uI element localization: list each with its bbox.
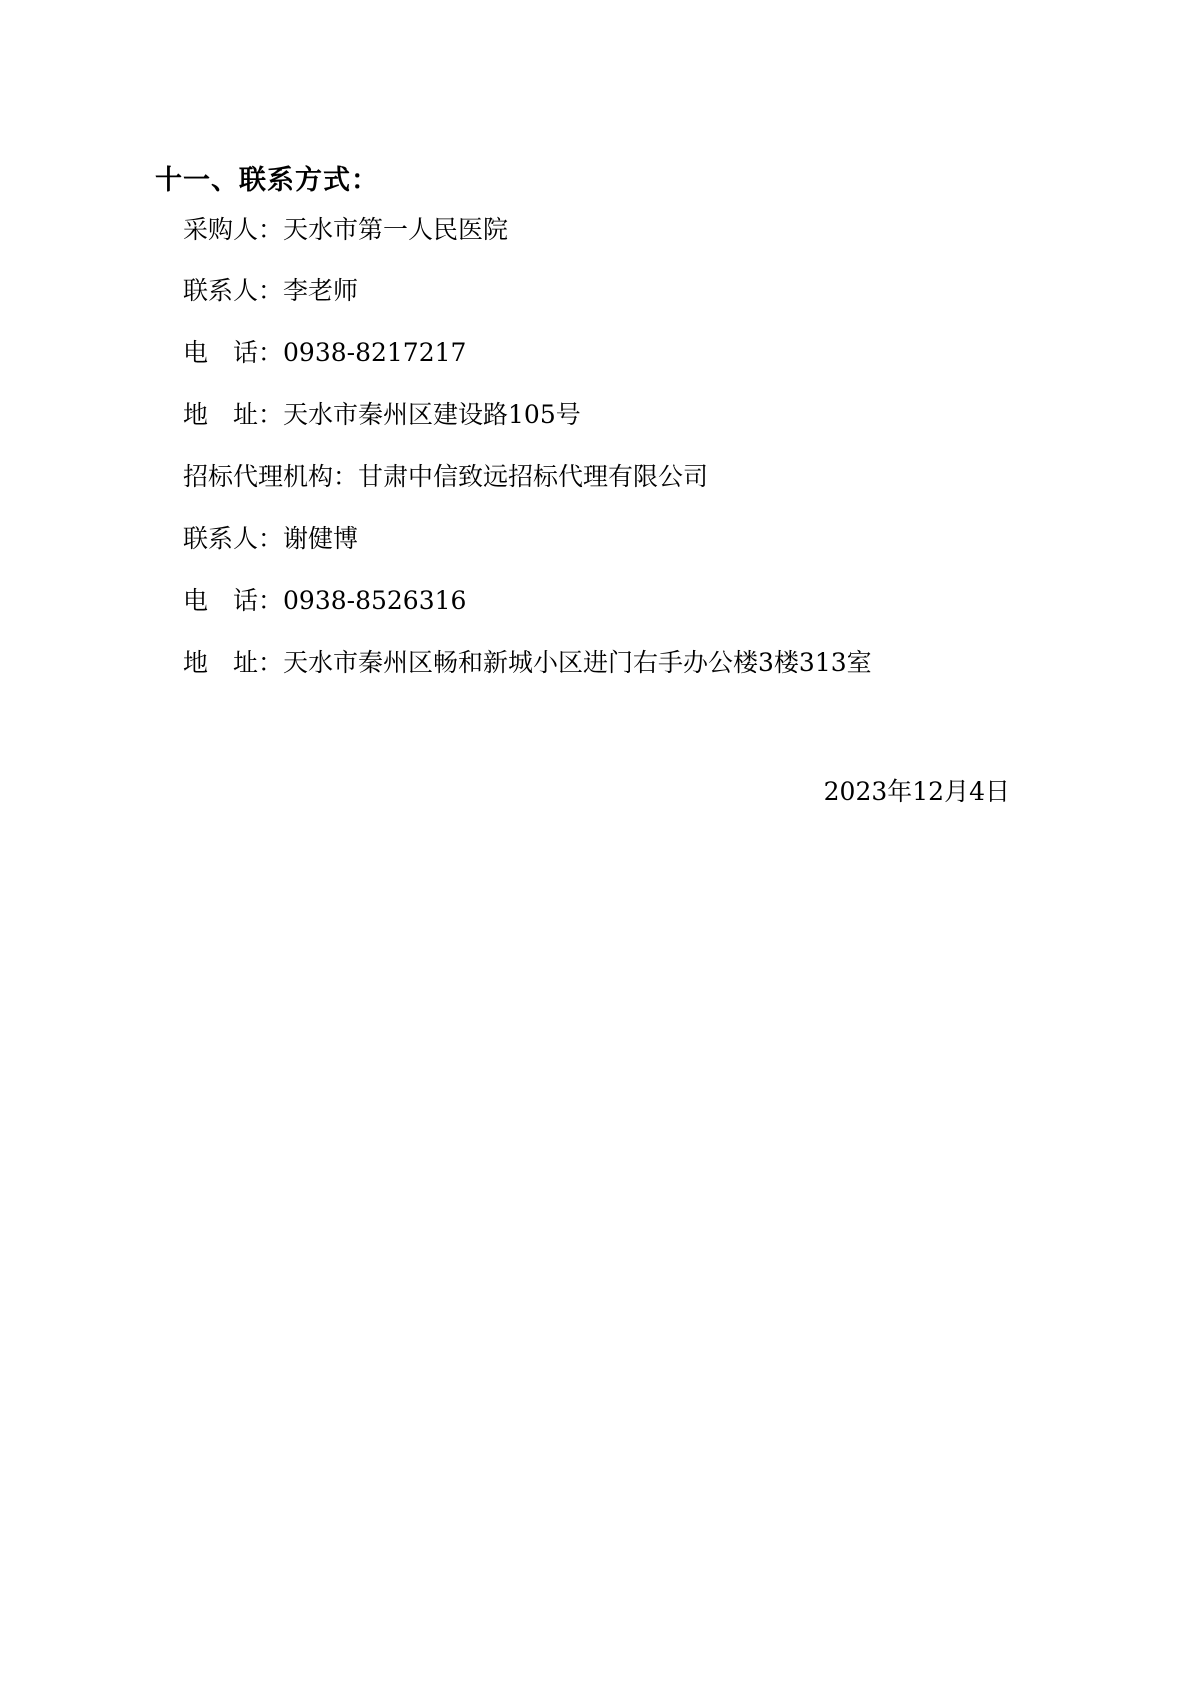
line-label: 招标代理机构： <box>183 462 358 491</box>
line-value: 甘肃中信致远招标代理有限公司 <box>358 462 708 491</box>
line-label: 地 址： <box>183 648 283 677</box>
purchaser-line: 采购人：天水市第一人民医院 <box>183 210 508 246</box>
agency-line: 招标代理机构：甘肃中信致远招标代理有限公司 <box>183 457 708 493</box>
line-value: 天水市秦州区建设路105号 <box>283 400 581 429</box>
line-value: 天水市秦州区畅和新城小区进门右手办公楼3楼313室 <box>283 648 872 677</box>
purchaser-contact-line: 联系人：李老师 <box>183 271 358 307</box>
document-date: 2023年12月4日 <box>824 772 1010 808</box>
line-label: 电 话： <box>183 338 283 367</box>
line-value: 0938-8217217 <box>283 338 466 367</box>
line-value: 0938-8526316 <box>283 586 466 615</box>
line-value: 谢健博 <box>283 524 358 553</box>
purchaser-phone-line: 电 话：0938-8217217 <box>183 333 466 369</box>
agency-address-line: 地 址：天水市秦州区畅和新城小区进门右手办公楼3楼313室 <box>183 643 872 679</box>
purchaser-address-line: 地 址：天水市秦州区建设路105号 <box>183 395 581 431</box>
agency-contact-line: 联系人：谢健博 <box>183 519 358 555</box>
line-label: 联系人： <box>183 524 283 553</box>
line-label: 电 话： <box>183 586 283 615</box>
line-value: 李老师 <box>283 276 358 305</box>
line-label: 采购人： <box>183 215 283 244</box>
line-label: 联系人： <box>183 276 283 305</box>
line-value: 天水市第一人民医院 <box>283 215 508 244</box>
line-label: 地 址： <box>183 400 283 429</box>
section-heading: 十一、联系方式： <box>155 158 379 197</box>
agency-phone-line: 电 话：0938-8526316 <box>183 581 466 617</box>
